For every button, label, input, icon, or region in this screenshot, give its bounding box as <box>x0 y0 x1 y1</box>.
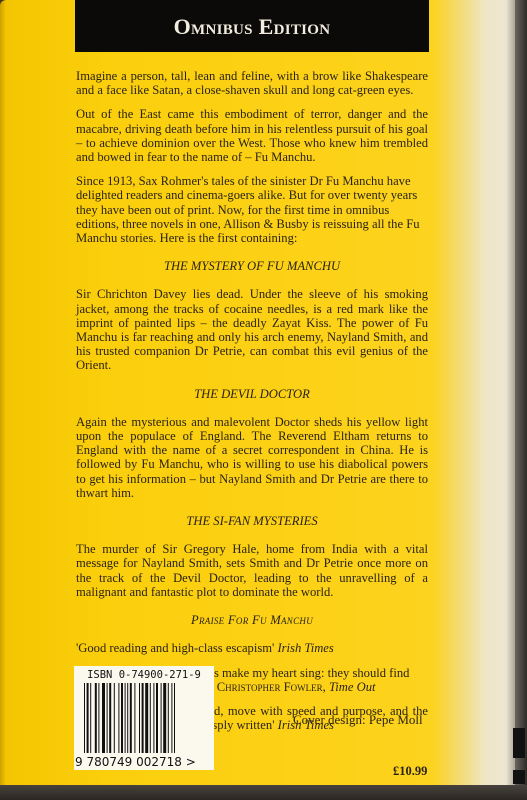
title-band: Omnibus Edition <box>75 0 429 52</box>
isbn-label: ISBN 0-74900-271-9 <box>74 669 214 681</box>
novel-title: THE DEVIL DOCTOR <box>76 387 428 401</box>
spine-print-mark <box>513 728 525 758</box>
book-bottom-edge <box>0 785 527 800</box>
cover-design-credit: Cover design: Pepe Moll <box>293 712 423 728</box>
quote-author: Christopher Fowler, <box>217 680 326 694</box>
barcode-bars-icon <box>84 683 206 753</box>
review-quote: 'Good reading and high-class escapism' I… <box>76 641 428 655</box>
blurb: Imagine a person, tall, lean and feline,… <box>76 69 428 742</box>
intro-paragraph: Imagine a person, tall, lean and feline,… <box>76 69 428 97</box>
spine-print-mark <box>513 770 525 784</box>
ean-digits: 9 780749 002718 > <box>75 755 196 769</box>
novel-summary: The murder of Sir Gregory Hale, home fro… <box>76 542 428 599</box>
book-edge <box>515 0 527 800</box>
quote-source: Irish Times <box>277 641 333 655</box>
quote-source: Time Out <box>329 680 376 694</box>
edition-title: Omnibus Edition <box>75 14 429 40</box>
novel-title: THE MYSTERY OF FU MANCHU <box>76 259 428 273</box>
isbn-barcode: ISBN 0-74900-271-9 9 780749 002718 > <box>74 666 214 770</box>
praise-heading: Praise For Fu Manchu <box>76 613 428 627</box>
novel-summary: Sir Chrichton Davey lies dead. Under the… <box>76 287 428 372</box>
book-back-cover: Omnibus Edition Imagine a person, tall, … <box>0 0 527 785</box>
novel-title: THE SI-FAN MYSTERIES <box>76 514 428 528</box>
intro-paragraph: Out of the East came this embodiment of … <box>76 107 428 164</box>
intro-paragraph: Since 1913, Sax Rohmer's tales of the si… <box>76 174 428 245</box>
price: £10.99 <box>393 764 427 779</box>
novel-summary: Again the mysterious and malevolent Doct… <box>76 415 428 500</box>
quote-text: 'Good reading and high-class escapism' <box>76 641 274 655</box>
